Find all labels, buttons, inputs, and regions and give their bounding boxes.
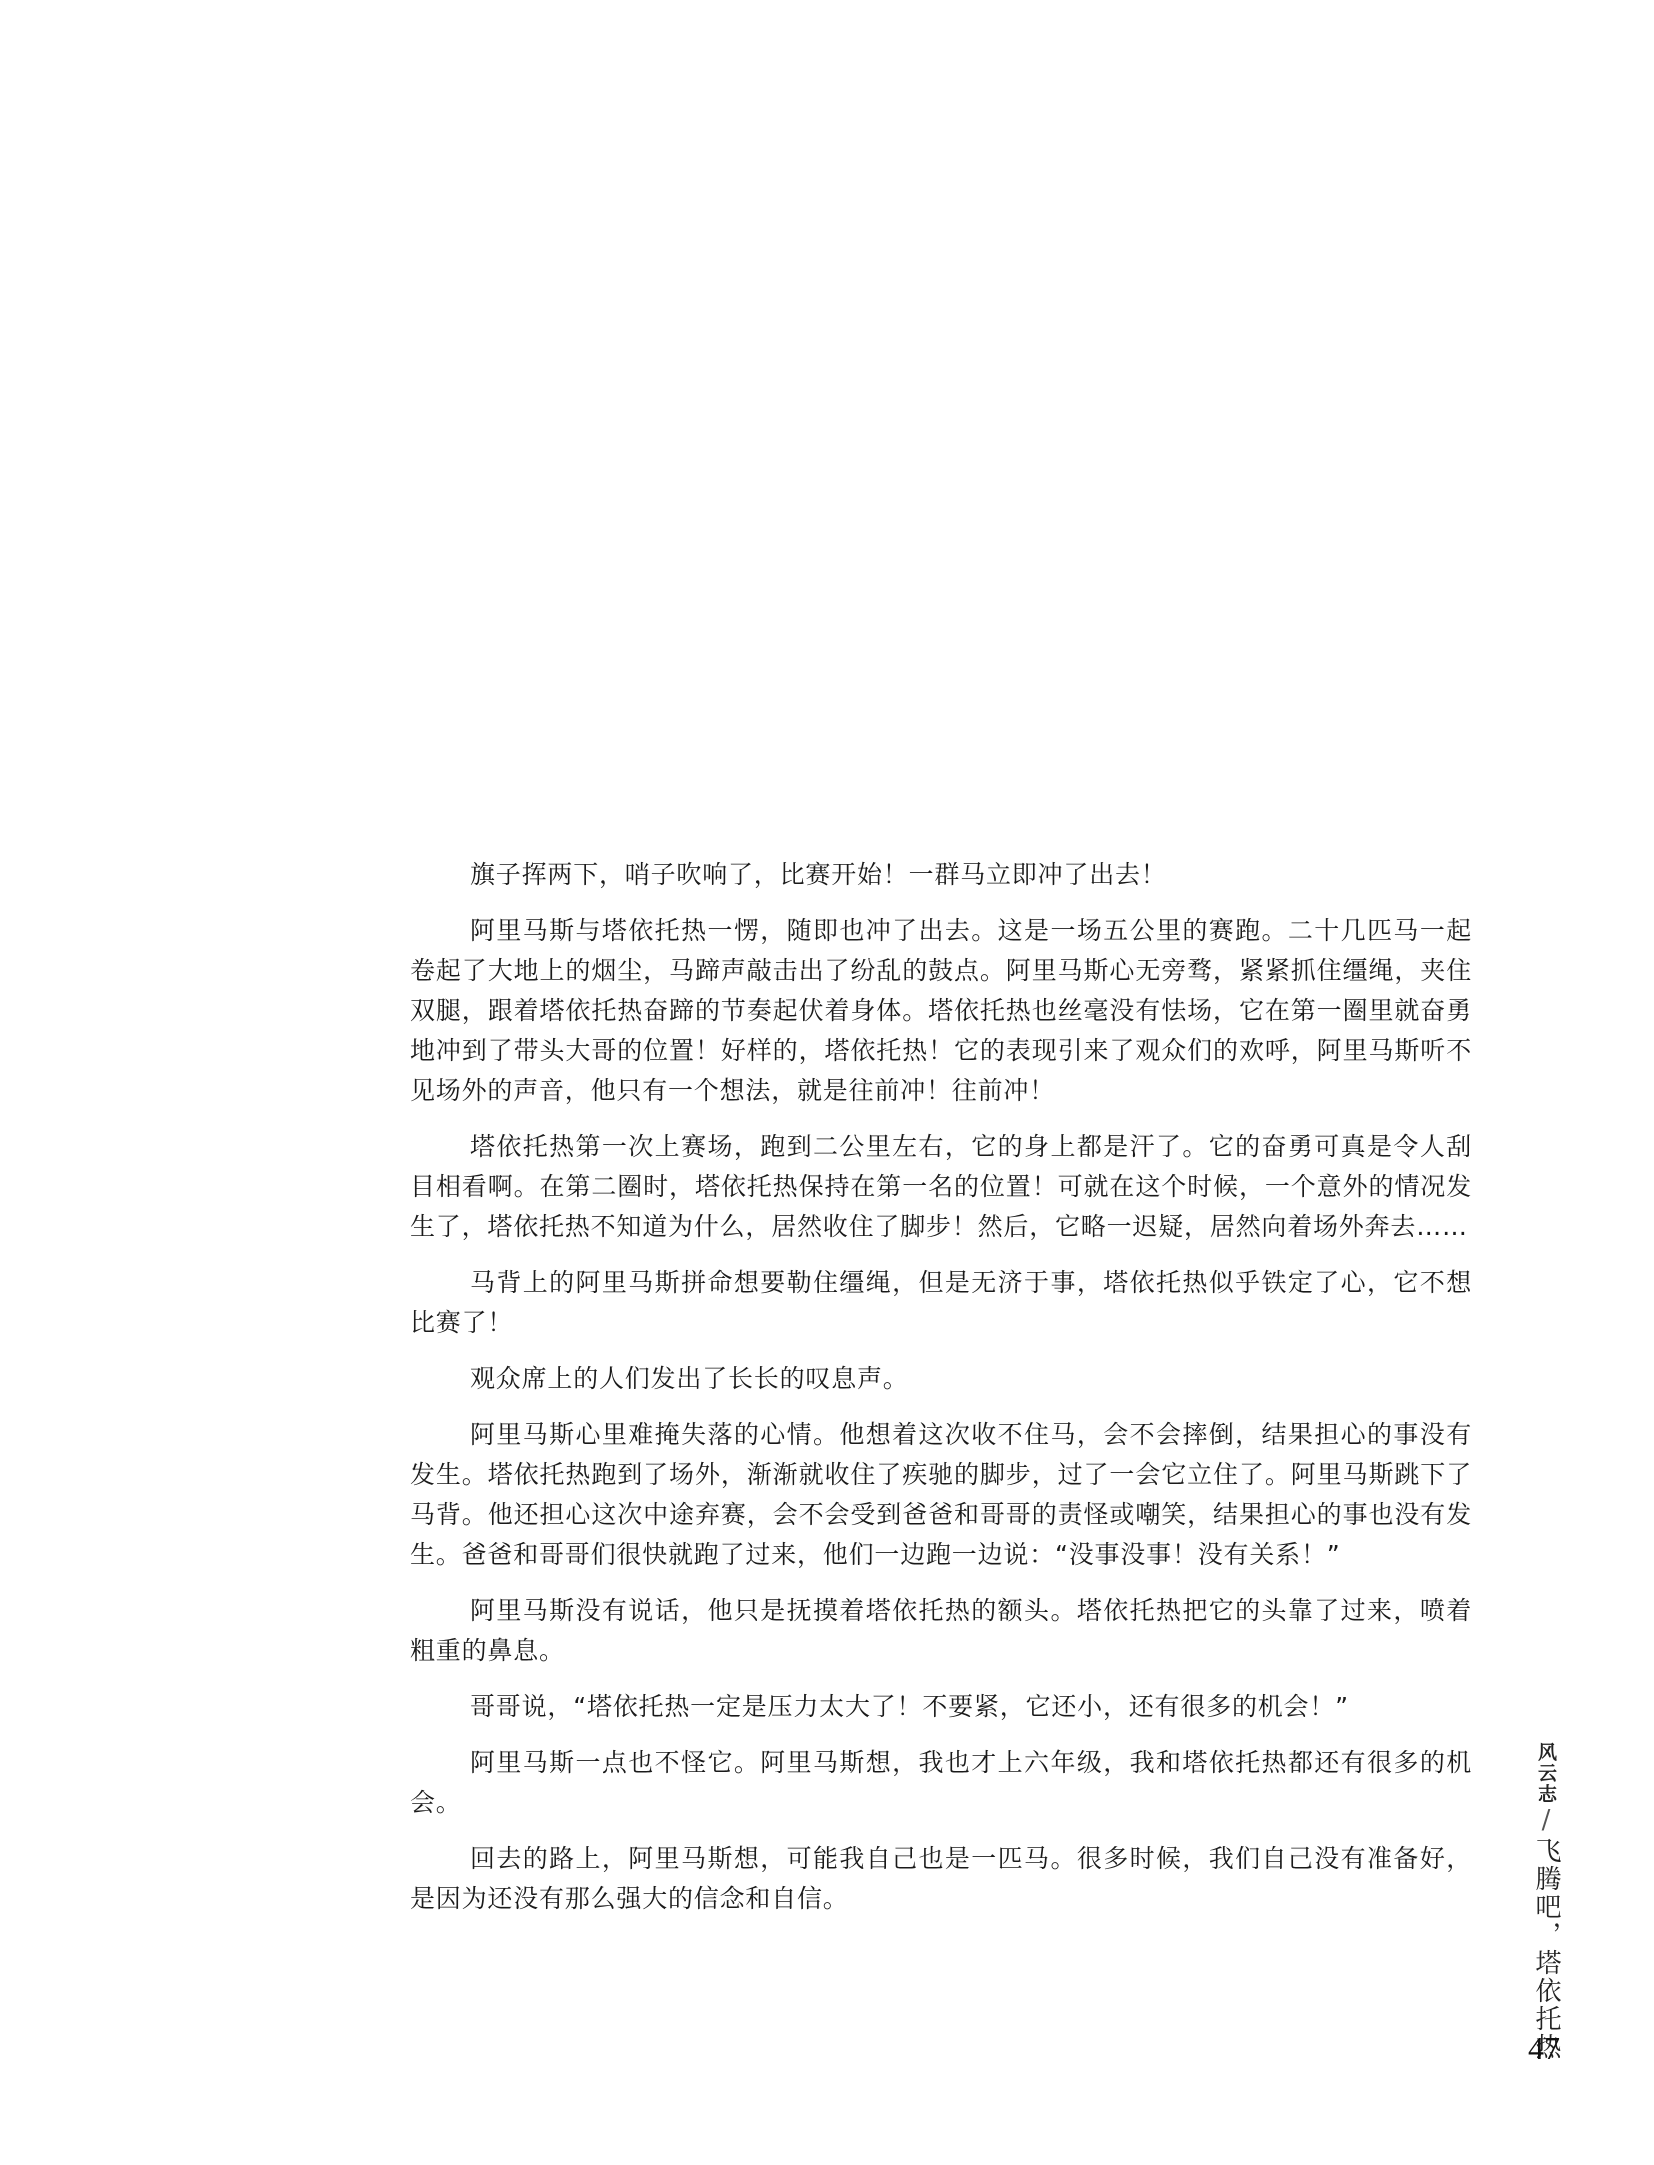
paragraph: 观众席上的人们发出了长长的叹息声。: [410, 1359, 1472, 1399]
page-number: 47: [1528, 2030, 1560, 2067]
section-name: 风云志: [1535, 1742, 1557, 1805]
paragraph: 塔依托热第一次上赛场，跑到二公里左右，它的身上都是汗了。它的奋勇可真是令人刮目相…: [410, 1127, 1472, 1247]
paragraph: 回去的路上，阿里马斯想，可能我自己也是一匹马。很多时候，我们自己没有准备好，是因…: [410, 1839, 1472, 1919]
paragraph: 阿里马斯一点也不怪它。阿里马斯想，我也才上六年级，我和塔依托热都还有很多的机会。: [410, 1743, 1472, 1823]
running-header: 风云志/飞腾吧，塔依托热: [1528, 1742, 1565, 2061]
chapter-title: 飞腾吧，塔依托热: [1531, 1837, 1561, 2061]
separator: /: [1531, 1805, 1561, 1837]
paragraph: 哥哥说，“塔依托热一定是压力太大了！不要紧，它还小，还有很多的机会！”: [410, 1687, 1472, 1727]
article-body: 旗子挥两下，哨子吹响了，比赛开始！一群马立即冲了出去！ 阿里马斯与塔依托热一愣，…: [410, 855, 1472, 1935]
paragraph: 阿里马斯没有说话，他只是抚摸着塔依托热的额头。塔依托热把它的头靠了过来，喷着粗重…: [410, 1591, 1472, 1671]
paragraph: 阿里马斯心里难掩失落的心情。他想着这次收不住马，会不会摔倒，结果担心的事没有发生…: [410, 1415, 1472, 1575]
paragraph: 马背上的阿里马斯拼命想要勒住缰绳，但是无济于事，塔依托热似乎铁定了心，它不想比赛…: [410, 1263, 1472, 1343]
paragraph: 阿里马斯与塔依托热一愣，随即也冲了出去。这是一场五公里的赛跑。二十几匹马一起卷起…: [410, 911, 1472, 1111]
paragraph: 旗子挥两下，哨子吹响了，比赛开始！一群马立即冲了出去！: [410, 855, 1472, 895]
